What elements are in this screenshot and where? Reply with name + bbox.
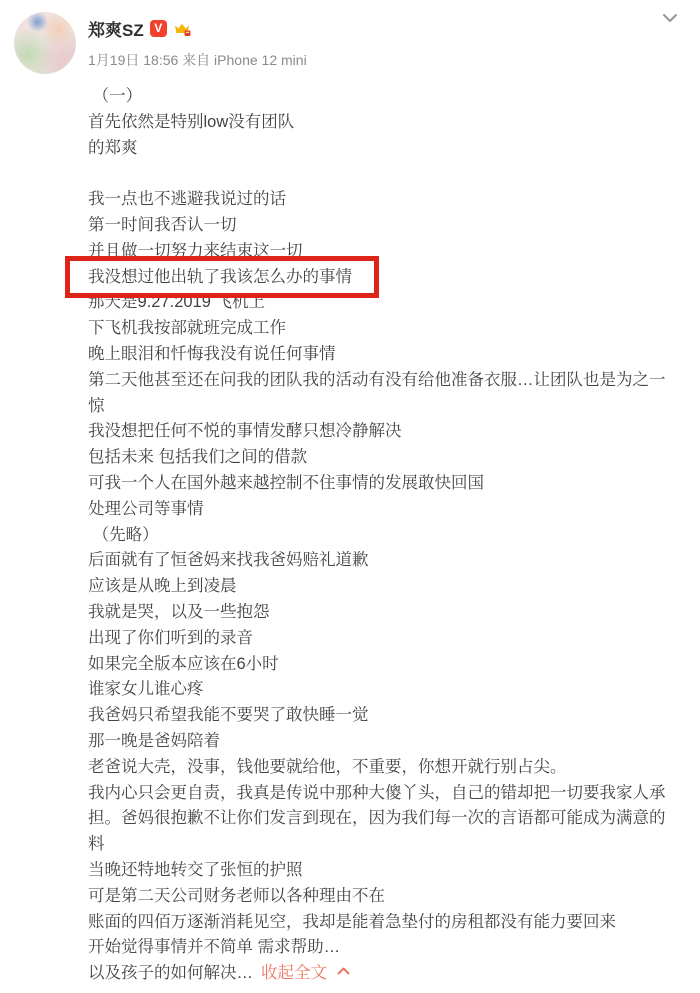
- post-line: （一）: [88, 84, 674, 110]
- post-line: 第一时间我否认一切: [88, 213, 674, 239]
- post-line: 可我一个人在国外越来越控制不住事情的发展敢快回国: [88, 471, 674, 497]
- post-line: 如果完全版本应该在6小时: [88, 652, 674, 678]
- post-line: 后面就有了恒爸妈来找我爸妈赔礼道歉: [88, 548, 674, 574]
- post-line: 账面的四佰万逐渐消耗见空，我却是能着急垫付的房租都没有能力要回来: [88, 910, 674, 936]
- post-line: 出现了你们听到的录音: [88, 626, 674, 652]
- post-line: 下飞机我按部就班完成工作: [88, 316, 674, 342]
- vip-crown-icon: [173, 21, 191, 37]
- name-row: 郑爽SZ V: [88, 16, 307, 41]
- post-line: 应该是从晚上到凌晨: [88, 574, 674, 600]
- post-line: 那天是9.27.2019 飞机上: [88, 290, 674, 316]
- weibo-post-card: 郑爽SZ V 1月19日 18:56 来自 iPhone 12 mini （一）…: [0, 0, 700, 993]
- post-line: 我就是哭，以及一些抱怨: [88, 600, 674, 626]
- post-line: 当晚还特地转交了张恒的护照: [88, 858, 674, 884]
- post-line: 晚上眼泪和忏悔我没有说任何事情: [88, 342, 674, 368]
- post-line: 老爸说大壳，没事，钱他要就给他，不重要，你想开就行别占尖。: [88, 755, 674, 781]
- post-line: 可是第二天公司财务老师以各种理由不在: [88, 884, 674, 910]
- post-line: 的郑爽: [88, 136, 674, 162]
- post-line: 我爸妈只希望我能不要哭了敢快睡一觉: [88, 703, 674, 729]
- verified-v-badge: V: [150, 20, 167, 37]
- chevron-down-icon[interactable]: [658, 6, 682, 30]
- chevron-up-icon[interactable]: [336, 965, 351, 977]
- post-line: 处理公司等事情: [88, 497, 674, 523]
- post-line: 首先依然是特别low没有团队: [88, 110, 674, 136]
- post-line: 包括未来 包括我们之间的借款: [88, 445, 674, 471]
- post-line: 那一晚是爸妈陪着: [88, 729, 674, 755]
- timestamp[interactable]: 1月19日 18:56 来自 iPhone 12 mini: [88, 50, 307, 70]
- post-line: 开始觉得事情并不简单 需求帮助…: [88, 935, 674, 961]
- post-line: 我没想过他出轨了我该怎么办的事情: [88, 265, 674, 291]
- post-line: 谁家女儿谁心疼: [88, 677, 674, 703]
- highlighted-post-line: 我没想过他出轨了我该怎么办的事情: [88, 265, 352, 291]
- post-line: （先略）: [88, 523, 674, 549]
- username[interactable]: 郑爽SZ: [88, 16, 144, 41]
- collapse-full-text-link[interactable]: 收起全文: [261, 964, 351, 982]
- post-line: 并且做一切努力来结束这一切: [88, 239, 674, 265]
- post-line: 以及孩子的如何解决…收起全文: [88, 961, 674, 987]
- post-header: 郑爽SZ V 1月19日 18:56 来自 iPhone 12 mini: [88, 16, 307, 70]
- post-line: 我一点也不逃避我说过的话: [88, 187, 674, 213]
- post-line: 我内心只会更自责，我真是传说中那种大傻丫头，自己的错却把一切要我家人承担。爸妈很…: [88, 781, 674, 858]
- post-line: 我没想把任何不悦的事情发酵只想冷静解决: [88, 419, 674, 445]
- post-body: （一）首先依然是特别low没有团队的郑爽 我一点也不逃避我说过的话第一时间我否认…: [88, 84, 674, 987]
- post-line: 第二天他甚至还在问我的团队我的活动有没有给他准备衣服…让团队也是为之一惊: [88, 368, 674, 420]
- post-line: [88, 161, 674, 187]
- avatar[interactable]: [14, 12, 76, 74]
